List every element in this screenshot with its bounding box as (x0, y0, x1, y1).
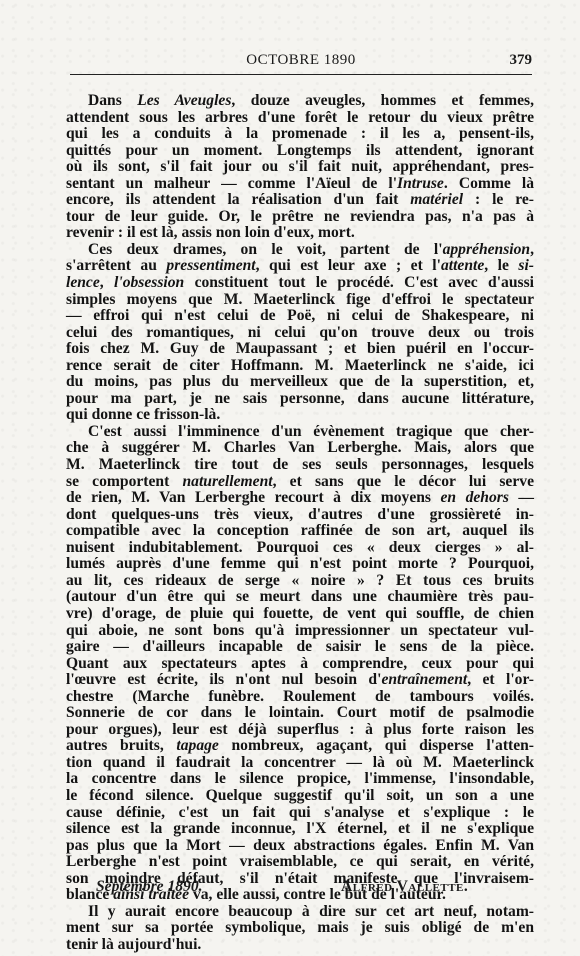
text-line: Il y aurait encore beaucoup à dire sur c… (66, 904, 534, 921)
text-line: pour ma part, je ne sais personne, dans … (66, 391, 534, 408)
running-header: OCTOBRE 1890 379 (70, 52, 532, 75)
text-line: Quant aux spectateurs aptes à comprendre… (66, 656, 534, 673)
text-line: qui aboie, ne sont bons qu'à impressionn… (66, 623, 534, 640)
text-line: de rien, M. Van Lerberghe recourt à dix … (66, 490, 534, 507)
text-line: Ces deux drames, on le voit, partent de … (66, 242, 534, 259)
text-line: au lit, ces rideaux de serge « noire » ?… (66, 573, 534, 590)
text-line: vre) d'orage, de pluie qui fouette, de v… (66, 606, 534, 623)
text-line: qui donne ce frisson-là. (66, 407, 534, 424)
text-line: la concentre dans le silence propice, l'… (66, 771, 534, 788)
text-line: che à suggérer M. Charles Van Lerberghe.… (66, 440, 534, 457)
text-line: ment sur sa portée symbolique, mais je s… (66, 920, 534, 937)
page-number: 379 (510, 52, 533, 69)
text-line: M. Maeterlinck tire tout de ses seuls pe… (66, 457, 534, 474)
text-line: dont quelques-uns très vieux, d'autres d… (66, 507, 534, 524)
text-line: pas plus que la Mort — deux abstractions… (66, 838, 534, 855)
text-line: silence est la grande inconnue, l'X éter… (66, 821, 534, 838)
text-line: qui les a conduits à la promenade : il l… (66, 126, 534, 143)
text-line: s'arrêtent au pressentiment, qui est leu… (66, 258, 534, 275)
text-line: revenir : il est là, assis non loin d'eu… (66, 225, 534, 242)
text-line: attendent sous les arbres d'une forêt le… (66, 110, 534, 127)
text-line: lumés auprès d'une femme qui n'est point… (66, 556, 534, 573)
text-line: lence, l'obsession constituent tout le p… (66, 275, 534, 292)
paragraph: Ces deux drames, on le voit, partent de … (66, 242, 534, 424)
text-line: du moins, pas plus du merveilleux que de… (66, 374, 534, 391)
paragraph: C'est aussi l'imminence d'un évènement t… (66, 424, 534, 904)
text-line: pour orgues), leur est déjà superflus : … (66, 722, 534, 739)
text-line: C'est aussi l'imminence d'un évènement t… (66, 424, 534, 441)
text-line: Sonnerie de cor dans le lointain. Court … (66, 705, 534, 722)
document-page: OCTOBRE 1890 379 Dans Les Aveugles, douz… (0, 0, 580, 956)
text-line: fois chez M. Guy de Maupassant ; et bien… (66, 341, 534, 358)
text-line: quittés pour un moment. Longtemps ils at… (66, 143, 534, 160)
text-line: rence serait de citer Hoffmann. M. Maete… (66, 358, 534, 375)
signature-block: Septembre 1890. Alfred Vallette. (96, 878, 476, 896)
text-line: cause définie, c'est un fait qui s'analy… (66, 805, 534, 822)
paragraph: Dans Les Aveugles, douze aveugles, homme… (66, 93, 534, 242)
paragraph: Il y aurait encore beaucoup à dire sur c… (66, 904, 534, 954)
text-line: (autour d'un être qui se meurt dans une … (66, 589, 534, 606)
text-line: l'œuvre est écrite, ils n'ont nul besoin… (66, 672, 534, 689)
text-line: tour de leur guide. Or, le prêtre ne rev… (66, 209, 534, 226)
running-title: OCTOBRE 1890 (70, 52, 532, 69)
text-line: le fécond silence. Quelque suggestif qu'… (66, 788, 534, 805)
text-line: chestre (Marche funèbre. Roulement de ta… (66, 689, 534, 706)
text-line: — effroi qui n'est celui de Poë, ni celu… (66, 308, 534, 325)
text-line: gaire — d'ailleurs incapable de saisir l… (66, 639, 534, 656)
text-line: tion quand il faudrait la concentrer — l… (66, 755, 534, 772)
text-line: autres bruits, tapage nombreux, agaçant,… (66, 738, 534, 755)
text-line: encore, ils attendent la réalisation d'u… (66, 192, 534, 209)
signature-author: Alfred Vallette. (341, 878, 468, 896)
text-line: celui des romantiques, ni celui qu'on tr… (66, 325, 534, 342)
text-line: Lerberghe n'est point vraisemblable, ce … (66, 854, 534, 871)
text-line: nuisent indubitablement. Pourquoi ces « … (66, 540, 534, 557)
text-line: simples moyens que M. Maeterlinck fige d… (66, 292, 534, 309)
article-body: Dans Les Aveugles, douze aveugles, homme… (66, 93, 534, 953)
text-line: Dans Les Aveugles, douze aveugles, homme… (66, 93, 534, 110)
text-line: se comportent naturellement, et sans que… (66, 474, 534, 491)
text-line: compatible avec la conception raffinée d… (66, 523, 534, 540)
text-line: sentant un malheur — comme l'Aïeul de l'… (66, 176, 534, 193)
text-line: où ils sont, s'il fait jour ou s'il fait… (66, 159, 534, 176)
text-line: tenir là aujourd'hui. (66, 937, 534, 954)
signature-date: Septembre 1890. (96, 878, 203, 895)
